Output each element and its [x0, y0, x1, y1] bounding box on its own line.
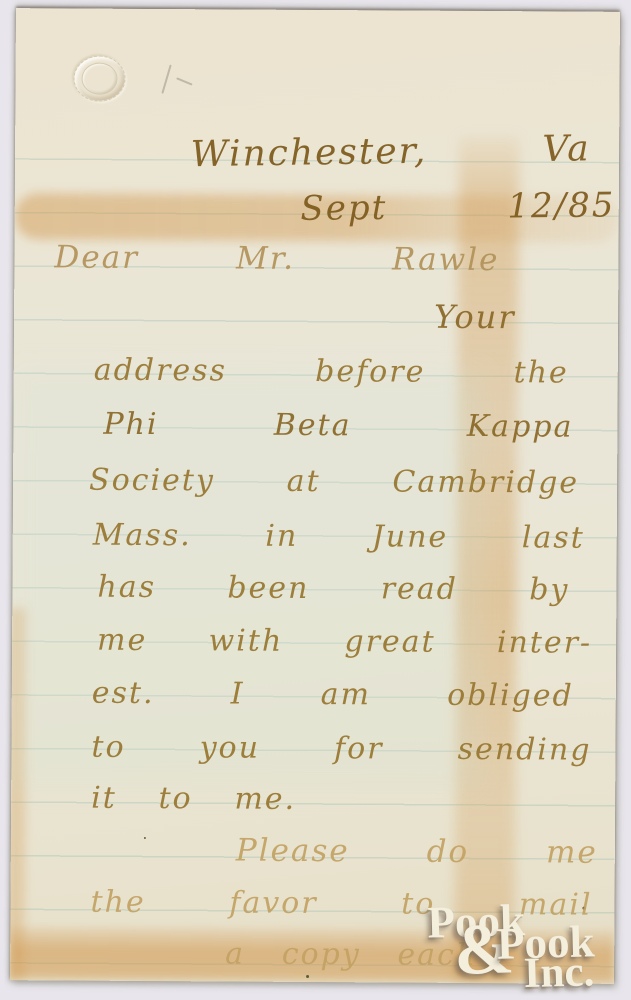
body-line: Your: [434, 301, 516, 335]
body-line: Please do me: [236, 835, 598, 870]
paper-speck: [559, 950, 561, 952]
pencil-mark: [176, 78, 192, 86]
body-line: a copy each: [225, 938, 477, 971]
embossed-seal-ring: [81, 63, 117, 95]
body-line: has been read by: [97, 572, 569, 606]
body-line: it to me.: [91, 783, 296, 816]
salutation-line: Dear Mr. Rawle: [54, 241, 499, 276]
heading-place-line: Winchester, Va: [190, 130, 591, 174]
body-line: address before the: [94, 355, 569, 389]
embossed-seal: [73, 56, 125, 102]
pencil-mark: [161, 64, 171, 93]
paper-speck: [144, 837, 146, 839]
body-line: Society at Cambridge: [89, 465, 579, 499]
body-line: Phi Beta Kappa: [103, 409, 573, 443]
paper-speck: [306, 975, 309, 978]
letter-photograph: Winchester, Va Sept 12/85 Dear Mr. Rawle…: [0, 0, 631, 1000]
body-line: me with great inter-: [97, 625, 592, 660]
body-line: to you for sending: [91, 732, 591, 767]
paper-sheet: Winchester, Va Sept 12/85 Dear Mr. Rawle…: [10, 8, 620, 984]
body-line: est. I am obliged: [92, 678, 574, 712]
body-line: the favor to mail: [90, 887, 592, 922]
heading-date-line: Sept 12/85: [300, 188, 615, 227]
body-line: Mass. in June last: [93, 520, 585, 555]
